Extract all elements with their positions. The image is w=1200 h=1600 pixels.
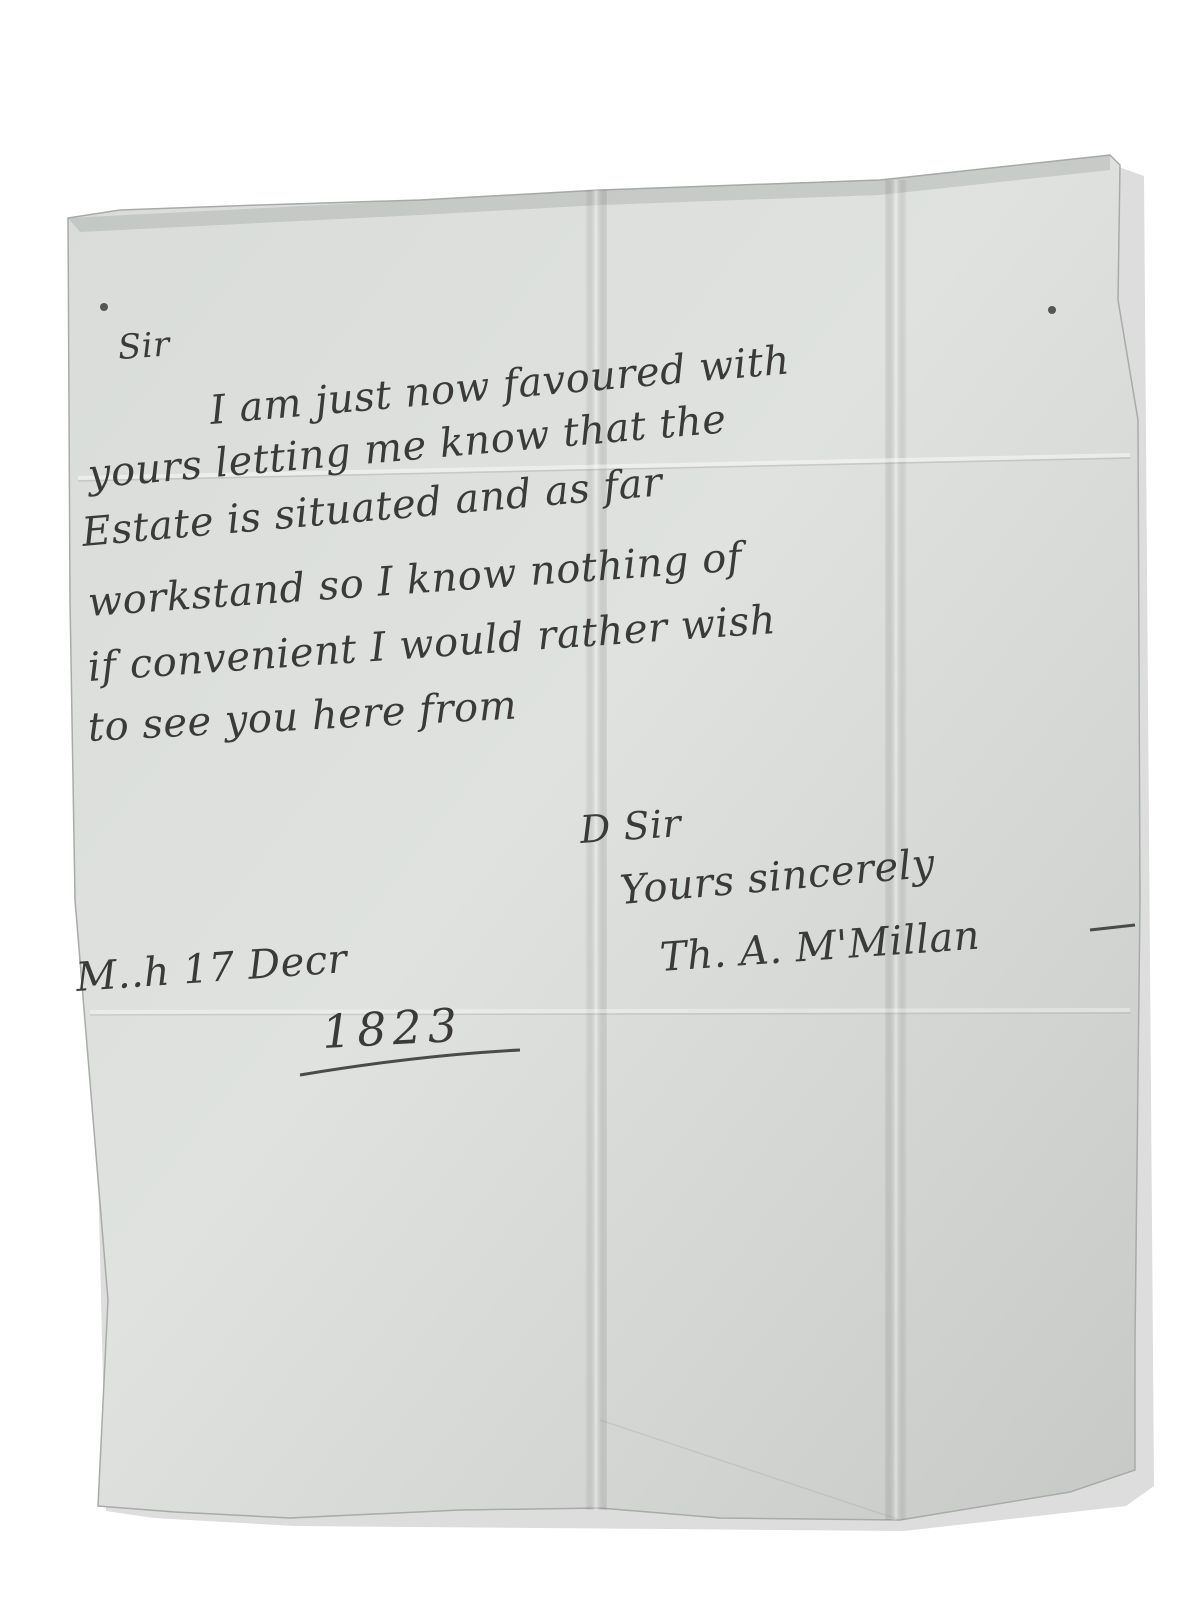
letter-dateline-year: 1823: [321, 998, 465, 1059]
letter-closing-sir: D Sir: [578, 801, 682, 852]
ink-speck: [100, 303, 108, 311]
horizontal-fold-lower: [90, 1010, 1130, 1012]
paper-sheet: [0, 0, 1200, 1600]
letter-photo: Sir I am just now favoured with yours le…: [0, 0, 1200, 1600]
letter-salutation: Sir: [117, 324, 172, 368]
ink-speck: [1048, 306, 1056, 314]
